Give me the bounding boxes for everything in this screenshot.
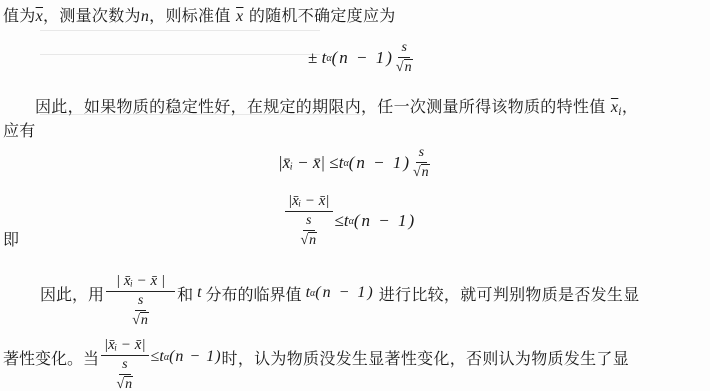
fraction-s-over-sqrt-n: s √n: [396, 40, 413, 76]
sqrt-icon: √: [413, 165, 421, 181]
text: 分布的临界值: [206, 282, 302, 305]
formula-args: (n − 1): [332, 48, 394, 68]
sqrt-icon: √: [396, 60, 404, 76]
n-symbol: n: [141, 8, 149, 25]
bleed-through-rule: [40, 54, 320, 55]
numerator: s: [398, 40, 409, 58]
x-bar-symbol: x: [236, 8, 243, 25]
paragraph-line-5: 因此，用 | x̄ᵢ − x̄ | s √n 和 t 分布的临界值 tα(n −…: [40, 262, 640, 324]
formula-args: (n − 1): [349, 153, 411, 173]
paragraph-line-3: 应有: [3, 121, 36, 141]
paragraph-line-2: 因此，如果物质的稳定性好，在规定的期限内，任一次测量所得该物质的特性值 xi，: [35, 97, 638, 123]
sqrt-icon: √: [300, 233, 308, 249]
text: 和: [177, 282, 193, 305]
fraction-s-over-sqrt-n: s √n: [300, 213, 317, 249]
text: ，: [622, 97, 638, 116]
paragraph-line-4: 即: [3, 230, 19, 250]
denominator: n: [308, 232, 317, 249]
text: 的随机不确定度应为: [249, 6, 396, 25]
fraction-abs-diff-over-s-sqrt-n: |x̄ᵢ − x̄| s √n: [285, 193, 333, 249]
text: 因此，用: [40, 282, 104, 305]
formula-args: (n − 1): [354, 211, 416, 231]
leq-symbol: ≤: [335, 211, 344, 231]
fraction-abs-diff-over-s-sqrt-n: |x̄ᵢ − x̄| s √n: [101, 337, 149, 391]
formula-inequality-2: |x̄ᵢ − x̄| s √n ≤tα(n − 1): [283, 190, 416, 252]
paragraph-line-6: 著性变化。当 |x̄ᵢ − x̄| s √n ≤tα(n − 1)时，认为物质没…: [3, 326, 629, 388]
leq-symbol: ≤: [329, 153, 338, 173]
abs-difference: |x̄ᵢ − x̄|: [278, 153, 325, 173]
sqrt-icon: √: [116, 377, 124, 391]
text: 进行比较，就可判别物质是否发生显: [379, 282, 640, 305]
numerator: | x̄ᵢ − x̄ |: [106, 273, 175, 292]
document-page: 值为x，测量次数为n，则标准值 x 的随机不确定度应为 ± tα(n − 1) …: [0, 0, 710, 391]
text: 值为: [3, 6, 36, 25]
formula-uncertainty: ± tα(n − 1) s √n: [308, 36, 415, 80]
fraction-s-over-sqrt-n: s √n: [116, 357, 133, 391]
t-symbol: t: [197, 284, 201, 302]
text: ，则标准值: [149, 6, 231, 25]
denominator: n: [124, 376, 133, 391]
paragraph-line-1: 值为x，测量次数为n，则标准值 x 的随机不确定度应为: [3, 6, 396, 27]
text: 即: [3, 230, 19, 249]
formula-args: (n − 1): [169, 348, 221, 366]
numerator: s: [119, 357, 130, 375]
text: 著性变化。当: [3, 346, 99, 369]
numerator: s: [303, 213, 314, 231]
formula-args: (n − 1): [315, 284, 374, 302]
text: ，测量次数为: [43, 6, 141, 25]
plus-minus-symbol: ±: [308, 48, 317, 68]
numerator: s: [416, 145, 427, 163]
denominator: n: [421, 164, 430, 181]
fraction-s-over-sqrt-n: s √n: [132, 293, 149, 329]
text: 应有: [3, 121, 36, 140]
numerator: |x̄ᵢ − x̄|: [101, 337, 149, 356]
numerator: |x̄ᵢ − x̄|: [285, 193, 333, 212]
formula-inequality-1: |x̄ᵢ − x̄| ≤tα(n − 1) s √n: [278, 141, 432, 185]
numerator: s: [135, 293, 146, 311]
fraction-abs-diff-over-s-sqrt-n: | x̄ᵢ − x̄ | s √n: [106, 273, 175, 329]
x-bar-symbol: x: [36, 8, 43, 25]
leq-symbol: ≤: [151, 348, 160, 366]
text: 因此，如果物质的稳定性好，在规定的期限内，任一次测量所得该物质的特性值: [35, 97, 606, 116]
denominator: n: [404, 59, 413, 76]
bleed-through-rule: [40, 30, 320, 31]
fraction-s-over-sqrt-n: s √n: [413, 145, 430, 181]
text: 时，认为物质没发生显著性变化，否则认为物质发生了显: [222, 346, 630, 369]
